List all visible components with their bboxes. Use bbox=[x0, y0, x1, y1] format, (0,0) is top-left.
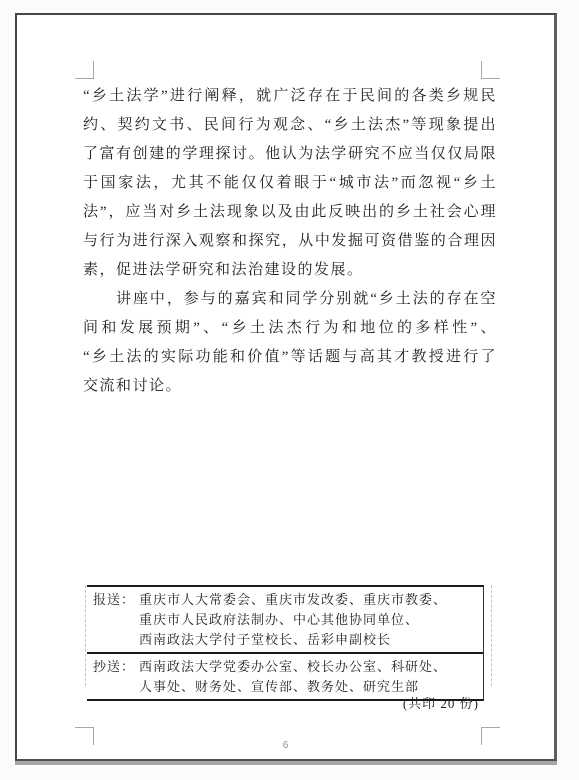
body-text: “乡土法学”进行阐释，就广泛存在于民间的各类乡规民 约、契约文书、民间行为观念、… bbox=[83, 82, 497, 401]
body-line: 约、契约文书、民间行为观念、“乡土法杰”等现象提出 bbox=[83, 111, 497, 140]
recipient-line: 重庆市人民政府法制办、中心其他协同单位、 bbox=[139, 610, 483, 630]
body-line: “乡土法学”进行阐释，就广泛存在于民间的各类乡规民 bbox=[83, 82, 497, 111]
body-line: 讲座中，参与的嘉宾和同学分别就“乡土法的存在空 bbox=[83, 285, 497, 314]
body-line: 素，促进法学研究和法治建设的发展。 bbox=[83, 256, 497, 285]
recipient-line: 重庆市人大常委会、重庆市发改委、重庆市教委、 bbox=[139, 590, 483, 610]
table-gridline-right bbox=[491, 585, 492, 686]
body-line: 间和发展预期”、“乡土法杰行为和地位的多样性”、 bbox=[83, 314, 497, 343]
margin-corner-mark-top-left bbox=[75, 61, 94, 79]
recipient-line: 西南政法大学党委办公室、校长办公室、科研处、 bbox=[139, 657, 483, 677]
recipient-line: 西南政法大学付子堂校长、岳彩申副校长 bbox=[139, 630, 483, 650]
body-line: 于国家法，尤其不能仅仅着眼于“城市法”而忽视“乡土 bbox=[83, 169, 497, 198]
document-page: “乡土法学”进行阐释，就广泛存在于民间的各类乡规民 约、契约文书、民间行为观念、… bbox=[15, 13, 557, 761]
table-gridline-left bbox=[85, 585, 86, 686]
chaosong-recipients: 西南政法大学党委办公室、校长办公室、科研处、 人事处、财务处、宣传部、教务处、研… bbox=[139, 657, 483, 697]
distribution-table: 报送： 重庆市人大常委会、重庆市发改委、重庆市教委、 重庆市人民政府法制办、中心… bbox=[87, 585, 484, 701]
body-line: “乡土法的实际功能和价值”等话题与高其才教授进行了 bbox=[83, 343, 497, 372]
body-line: 与行为进行深入观察和探究，从中发掘可资借鉴的合理因 bbox=[83, 227, 497, 256]
table-row-baosong: 报送： 重庆市人大常委会、重庆市发改委、重庆市教委、 重庆市人民政府法制办、中心… bbox=[87, 587, 483, 654]
page-content-area: “乡土法学”进行阐释，就广泛存在于民间的各类乡规民 约、契约文书、民间行为观念、… bbox=[17, 15, 554, 759]
print-count-note: (共印 20 份) bbox=[87, 693, 479, 712]
baosong-recipients: 重庆市人大常委会、重庆市发改委、重庆市教委、 重庆市人民政府法制办、中心其他协同… bbox=[139, 590, 483, 650]
document-canvas: { "document": { "body_lines": [ "“乡土法学”进… bbox=[0, 0, 579, 780]
page-number: 6 bbox=[17, 740, 554, 751]
chaosong-label: 抄送： bbox=[93, 657, 139, 697]
body-line: 交流和讨论。 bbox=[83, 372, 497, 401]
baosong-label: 报送： bbox=[93, 590, 139, 650]
margin-corner-mark-top-right bbox=[481, 61, 500, 79]
body-line: 法”，应当对乡土法现象以及由此反映出的乡土社会心理 bbox=[83, 198, 497, 227]
body-line: 了富有创建的学理探讨。他认为法学研究不应当仅仅局限 bbox=[83, 140, 497, 169]
